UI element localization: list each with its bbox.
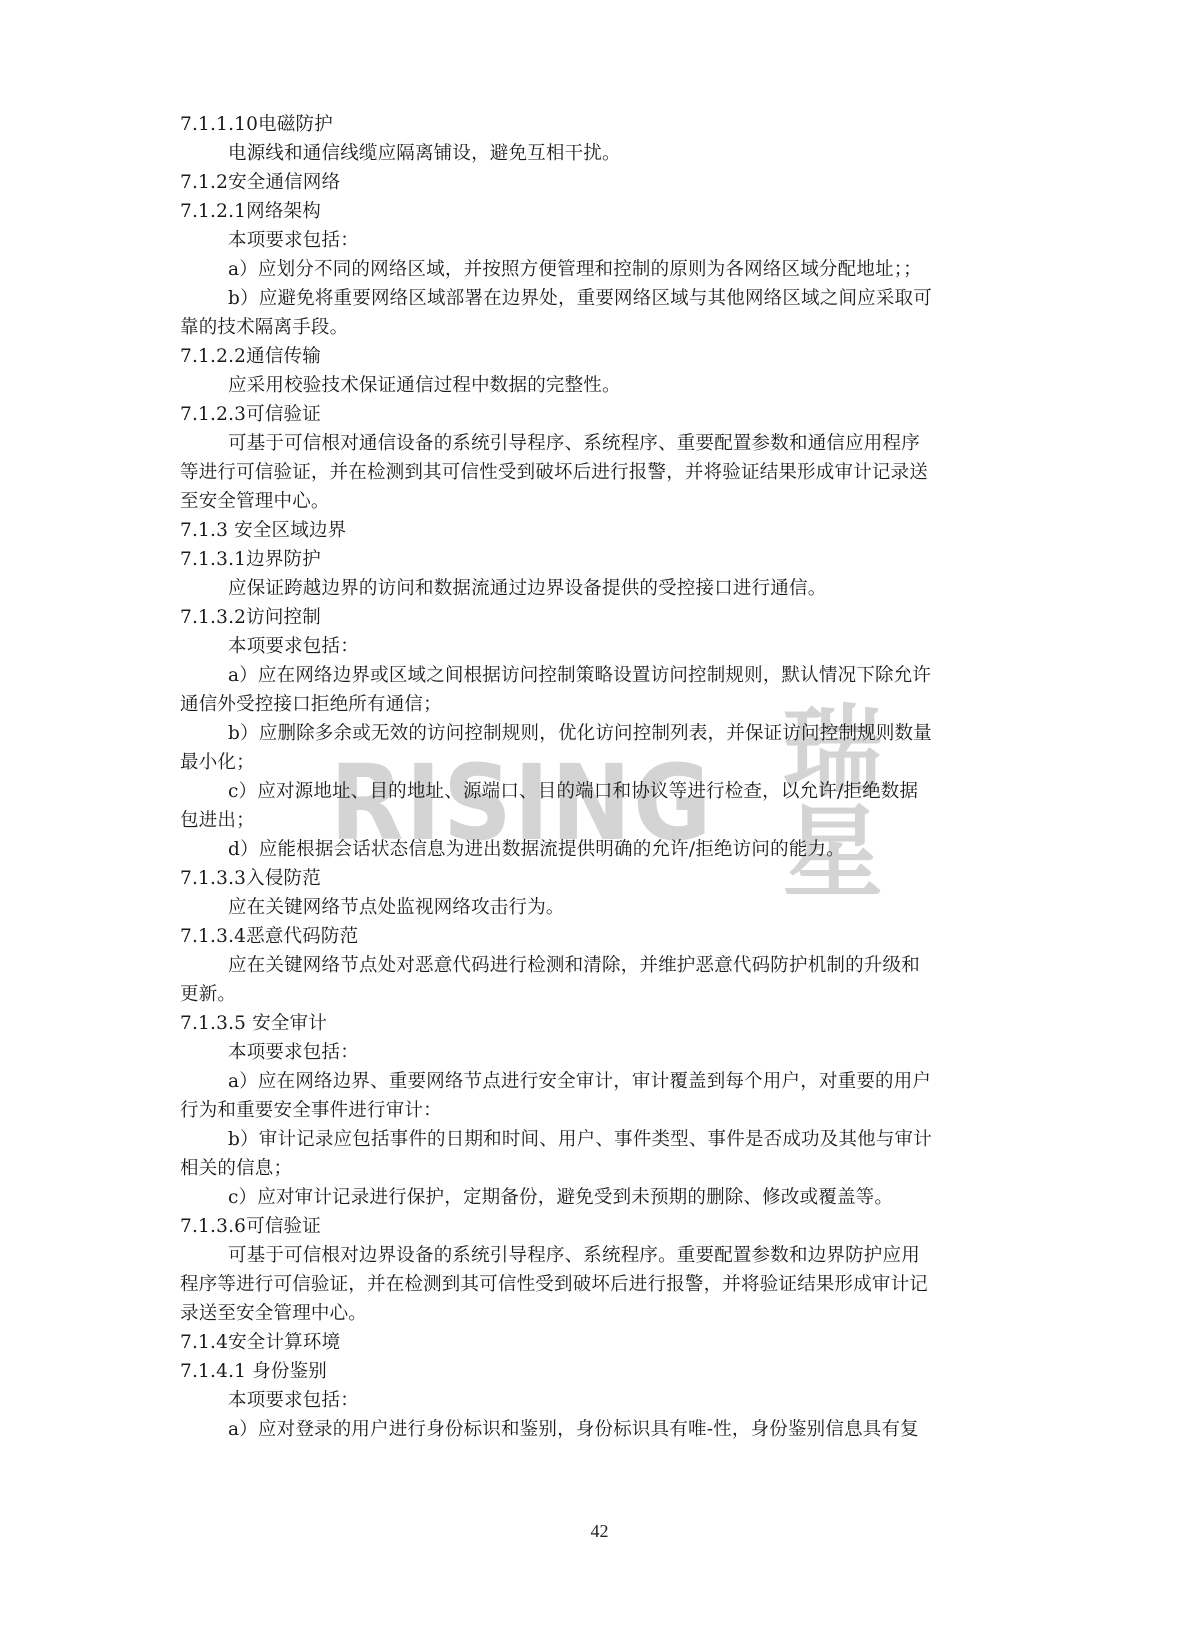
paragraph: 应采用校验技术保证通信过程中数据的完整性。 [228,371,1068,401]
paragraph: 本项要求包括： [228,226,1068,256]
section-heading: 7.1.3.4恶意代码防范 [180,922,1020,952]
paragraph-continuation: 录送至安全管理中心。 [180,1299,1020,1329]
section-heading: 7.1.1.10电磁防护 [180,110,1020,140]
list-item: b）应删除多余或无效的访问控制规则，优化访问控制列表，并保证访问控制规则数量 [228,719,1068,749]
list-item: a）应在网络边界、重要网络节点进行安全审计，审计覆盖到每个用户，对重要的用户 [228,1067,1068,1097]
section-heading: 7.1.3.3入侵防范 [180,864,1020,894]
paragraph: 可基于可信根对通信设备的系统引导程序、系统程序、重要配置参数和通信应用程序 [228,429,1068,459]
section-heading: 7.1.2.3可信验证 [180,400,1020,430]
paragraph-continuation: 最小化； [180,748,1020,778]
paragraph: 电源线和通信线缆应隔离铺设，避免互相干扰。 [228,139,1068,169]
paragraph-continuation: 等进行可信验证，并在检测到其可信性受到破坏后进行报警，并将验证结果形成审计记录送 [180,458,1020,488]
list-item: c）应对源地址、目的地址、源端口、目的端口和协议等进行检查，以允许/拒绝数据 [228,777,1068,807]
document-page: RISING 瑞星 7.1.1.10电磁防护 电源线和通信线缆应隔离铺设，避免互… [0,0,1199,1627]
section-heading: 7.1.4.1 身份鉴别 [180,1357,1020,1387]
paragraph: 应在关键网络节点处对恶意代码进行检测和清除，并维护恶意代码防护机制的升级和 [228,951,1068,981]
section-heading: 7.1.2.1网络架构 [180,197,1020,227]
paragraph-continuation: 通信外受控接口拒绝所有通信； [180,690,1020,720]
paragraph: 本项要求包括： [228,1038,1068,1068]
section-heading: 7.1.3.5 安全审计 [180,1009,1020,1039]
section-heading: 7.1.2安全通信网络 [180,168,1020,198]
section-heading: 7.1.4安全计算环境 [180,1328,1020,1358]
paragraph: 应在关键网络节点处监视网络攻击行为。 [228,893,1068,923]
paragraph: 本项要求包括： [228,1386,1068,1416]
list-item: a）应对登录的用户进行身份标识和鉴别，身份标识具有唯-性，身份鉴别信息具有复 [228,1415,1068,1445]
section-heading: 7.1.3 安全区域边界 [180,516,1020,546]
paragraph-continuation: 靠的技术隔离手段。 [180,313,1020,343]
section-heading: 7.1.3.2访问控制 [180,603,1020,633]
section-heading: 7.1.2.2通信传输 [180,342,1020,372]
paragraph: 可基于可信根对边界设备的系统引导程序、系统程序。重要配置参数和边界防护应用 [228,1241,1068,1271]
paragraph-continuation: 行为和重要安全事件进行审计： [180,1096,1020,1126]
paragraph-continuation: 更新。 [180,980,1020,1010]
paragraph-continuation: 程序等进行可信验证，并在检测到其可信性受到破坏后进行报警，并将验证结果形成审计记 [180,1270,1020,1300]
paragraph-continuation: 至安全管理中心。 [180,487,1020,517]
list-item: d）应能根据会话状态信息为进出数据流提供明确的允许/拒绝访问的能力。 [228,835,1068,865]
paragraph-continuation: 包进出； [180,806,1020,836]
list-item: a）应划分不同的网络区域，并按照方便管理和控制的原则为各网络区域分配地址；； [228,255,1068,285]
paragraph-continuation: 相关的信息； [180,1154,1020,1184]
list-item: c）应对审计记录进行保护，定期备份，避免受到未预期的删除、修改或覆盖等。 [228,1183,1068,1213]
list-item: b）审计记录应包括事件的日期和时间、用户、事件类型、事件是否成功及其他与审计 [228,1125,1068,1155]
section-heading: 7.1.3.6可信验证 [180,1212,1020,1242]
section-heading: 7.1.3.1边界防护 [180,545,1020,575]
list-item: a）应在网络边界或区域之间根据访问控制策略设置访问控制规则，默认情况下除允许 [228,661,1068,691]
paragraph: 应保证跨越边界的访问和数据流通过边界设备提供的受控接口进行通信。 [228,574,1068,604]
list-item: b）应避免将重要网络区域部署在边界处，重要网络区域与其他网络区域之间应采取可 [228,284,1068,314]
page-number: 42 [0,1521,1199,1542]
paragraph: 本项要求包括： [228,632,1068,662]
